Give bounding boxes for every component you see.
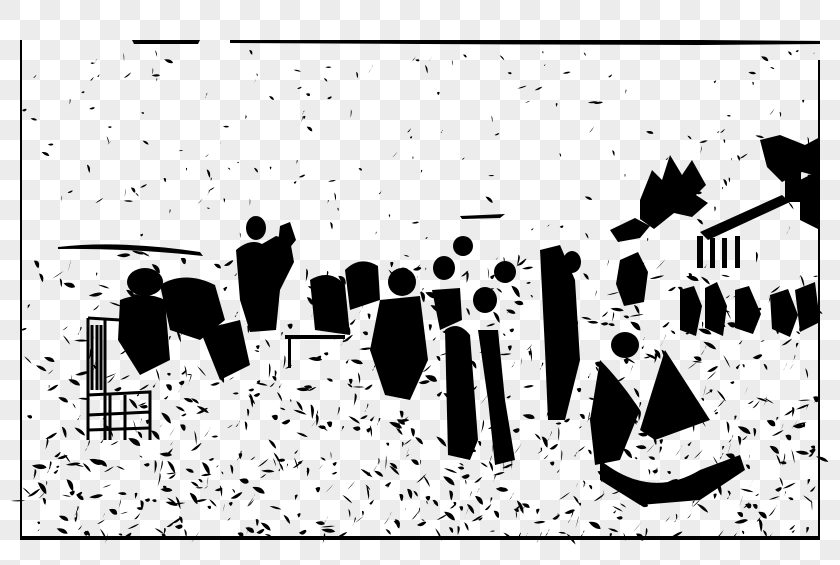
trees-and-house [610, 135, 820, 268]
standing-crowd [370, 236, 581, 465]
bottom-edge [20, 536, 820, 540]
seated-woman-foreground [590, 332, 745, 505]
speaker-figure [236, 216, 296, 332]
illustration [0, 0, 840, 565]
